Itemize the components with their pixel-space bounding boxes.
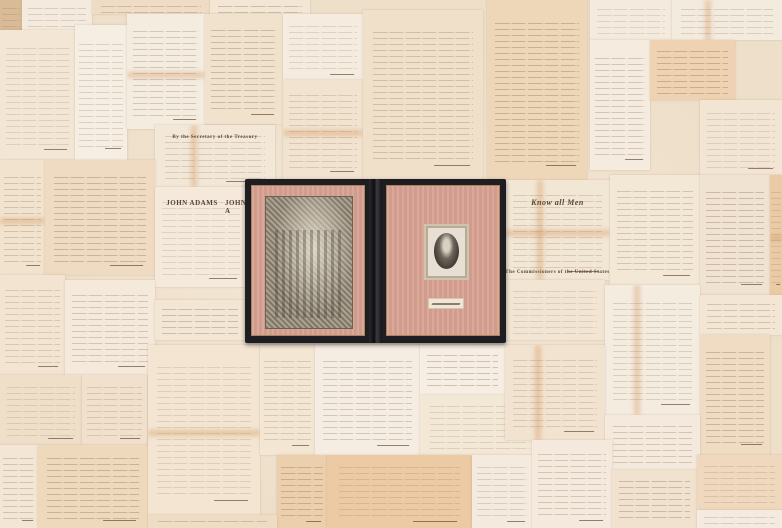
manuscript-sheet — [0, 0, 22, 30]
folio-spine — [369, 179, 382, 343]
handwriting-lines — [72, 290, 148, 366]
signature-mark — [110, 260, 145, 266]
handwriting-lines — [87, 382, 142, 438]
handwriting-lines — [704, 512, 775, 526]
handwriting-lines — [613, 298, 693, 402]
paper-fold-stain — [148, 430, 260, 436]
signature-mark — [579, 515, 605, 521]
manuscript-sheet — [210, 0, 310, 14]
handwriting-lines — [657, 46, 728, 94]
handwriting-lines — [707, 299, 776, 331]
signature-mark — [103, 515, 138, 521]
handwriting-lines — [339, 462, 461, 520]
paper-fold-stain — [0, 218, 45, 224]
manuscript-sheet — [610, 175, 700, 285]
handwriting-lines — [281, 462, 323, 520]
signature-mark — [377, 440, 411, 446]
paper-fold-stain — [127, 72, 205, 78]
paper-fold-stain — [705, 0, 711, 40]
signature-mark — [292, 440, 311, 446]
paper-fold-stain — [634, 285, 640, 415]
manuscript-sheet — [260, 345, 315, 455]
signature-mark — [22, 515, 36, 521]
handwriting-lines — [162, 304, 238, 336]
handwriting-lines — [706, 347, 765, 443]
manuscript-sheet — [127, 14, 205, 129]
signature-ink — [432, 303, 461, 305]
signature-mark — [434, 160, 472, 166]
manuscript-sheet — [532, 440, 612, 528]
manuscript-sheet — [75, 25, 127, 160]
handwriting-lines — [3, 453, 35, 519]
manuscript-sheet — [700, 100, 782, 175]
handwriting-lines — [613, 421, 693, 465]
manuscript-sheet — [0, 375, 82, 445]
signature-mark — [105, 143, 123, 149]
printed-treasury-form: By the Secretary of the Treasury — [155, 125, 275, 187]
handwriting-lines — [323, 356, 411, 444]
manuscript-sheet — [148, 345, 260, 515]
handwriting-lines — [2, 3, 21, 27]
engraving-figures — [275, 230, 344, 318]
handwriting-lines — [706, 187, 765, 283]
manuscript-sheet — [472, 455, 532, 528]
signature-mark — [413, 516, 459, 522]
heading-john-adams-right: JOHN A — [225, 199, 247, 215]
manuscript-sheet — [0, 160, 45, 275]
signature-mark — [564, 426, 596, 432]
handwriting-lines — [538, 449, 605, 519]
paper-fold-stain — [283, 130, 363, 136]
signature-mark — [48, 433, 75, 439]
manuscript-sheet — [770, 175, 782, 295]
handwriting-lines — [617, 186, 693, 274]
manuscript-sheet — [612, 470, 697, 528]
manuscript-sheet — [0, 445, 38, 528]
signature-mark — [118, 361, 147, 367]
manuscript-sheet — [505, 345, 605, 440]
manuscript-sheet — [700, 335, 770, 455]
manuscript-sheet — [82, 375, 147, 445]
manuscript-sheet — [315, 345, 420, 455]
manuscript-sheet — [650, 40, 735, 100]
signature-mark — [546, 160, 578, 166]
signature-mark — [741, 279, 764, 285]
handwriting-lines — [513, 286, 597, 334]
handwriting-lines — [79, 39, 123, 147]
manuscript-sheet — [148, 515, 277, 528]
manuscript-sheet — [605, 285, 700, 415]
signature-mark — [330, 166, 356, 172]
signature-mark — [173, 114, 199, 120]
signature-mark — [38, 361, 60, 367]
folio-left-panel — [251, 185, 365, 336]
historical-engraving — [265, 196, 353, 329]
manuscript-sheet — [92, 0, 210, 14]
manuscript-sheet — [155, 300, 245, 340]
handwriting-lines — [7, 382, 76, 438]
signature-mark — [120, 433, 142, 439]
handwriting-lines — [101, 1, 200, 12]
handwriting-lines — [513, 355, 597, 431]
paper-fold-stain — [535, 345, 541, 440]
manuscript-sheet — [45, 160, 155, 275]
printed-broadside-adams: JOHN ADAMS JOHN A — [155, 187, 247, 287]
manuscript-sheet — [65, 280, 155, 375]
handwriting-lines — [373, 27, 474, 163]
handwriting-lines — [289, 21, 356, 74]
handwriting-lines — [495, 18, 579, 162]
signature-mark — [214, 495, 250, 501]
portrait-engraving — [434, 233, 459, 269]
leather-folio — [245, 179, 506, 343]
manuscript-sheet — [700, 175, 770, 295]
manuscript-sheet — [283, 80, 363, 180]
signature-mark — [306, 516, 323, 522]
manuscript-sheet — [38, 445, 148, 528]
printed-deed-know-all-men: Know all Men The Commissioners of the Un… — [505, 180, 610, 280]
folio-right-panel — [386, 185, 500, 336]
signature-mark — [663, 270, 692, 276]
manuscript-sheet — [590, 0, 672, 40]
manuscript-sheet — [420, 345, 505, 395]
handwriting-lines — [158, 516, 266, 526]
handwriting-lines — [47, 453, 139, 519]
heading-commissioners: The Commissioners of the United States — [505, 270, 610, 275]
paper-fold-stain — [770, 235, 782, 241]
handwriting-lines — [211, 25, 277, 113]
signature-mark — [741, 439, 764, 445]
handwriting-lines — [6, 43, 69, 147]
manuscript-sheet — [697, 455, 782, 510]
manuscript-sheet — [277, 455, 327, 528]
handwriting-lines — [595, 53, 645, 157]
manuscript-sheet — [0, 275, 65, 375]
handwriting-lines — [264, 356, 310, 444]
heading-treasury: By the Secretary of the Treasury — [155, 135, 275, 140]
autograph-signature-slip — [428, 298, 464, 309]
signature-mark — [44, 144, 69, 150]
manuscript-sheet — [672, 0, 782, 40]
signature-mark — [251, 109, 277, 115]
signature-mark — [661, 399, 692, 405]
handwriting-lines — [619, 476, 690, 522]
manuscript-sheet — [0, 30, 75, 160]
manuscript-sheet — [283, 14, 363, 80]
signature-mark — [748, 163, 775, 169]
heading-know-all-men: Know all Men — [505, 198, 610, 207]
manuscript-sheet — [697, 510, 782, 528]
manuscript-sheet — [700, 295, 782, 335]
handwriting-lines — [28, 3, 87, 27]
handwriting-lines — [681, 4, 773, 36]
handwriting-lines — [427, 350, 498, 390]
manuscript-sheet — [487, 0, 587, 180]
handwriting-lines — [707, 108, 776, 168]
manuscript-sheet — [205, 14, 283, 124]
manuscript-sheet — [590, 40, 650, 170]
portrait-frame — [424, 224, 469, 280]
signature-mark — [26, 260, 42, 266]
handwriting-lines — [218, 1, 302, 12]
signature-mark — [625, 154, 645, 160]
manuscript-sheet — [327, 455, 472, 528]
manuscript-sheet — [505, 280, 605, 340]
handwriting-lines — [54, 172, 146, 264]
handwriting-lines — [5, 285, 60, 365]
manuscript-sheet — [363, 10, 483, 180]
manuscript-sheet — [605, 415, 700, 470]
handwriting-lines — [477, 462, 527, 520]
handwriting-lines — [704, 461, 775, 505]
signature-mark — [507, 516, 527, 522]
signature-mark — [330, 69, 356, 75]
document-collage-photo: JOHN ADAMS JOHN A By the Secretary of th… — [0, 0, 782, 528]
handwriting-lines — [597, 4, 666, 36]
